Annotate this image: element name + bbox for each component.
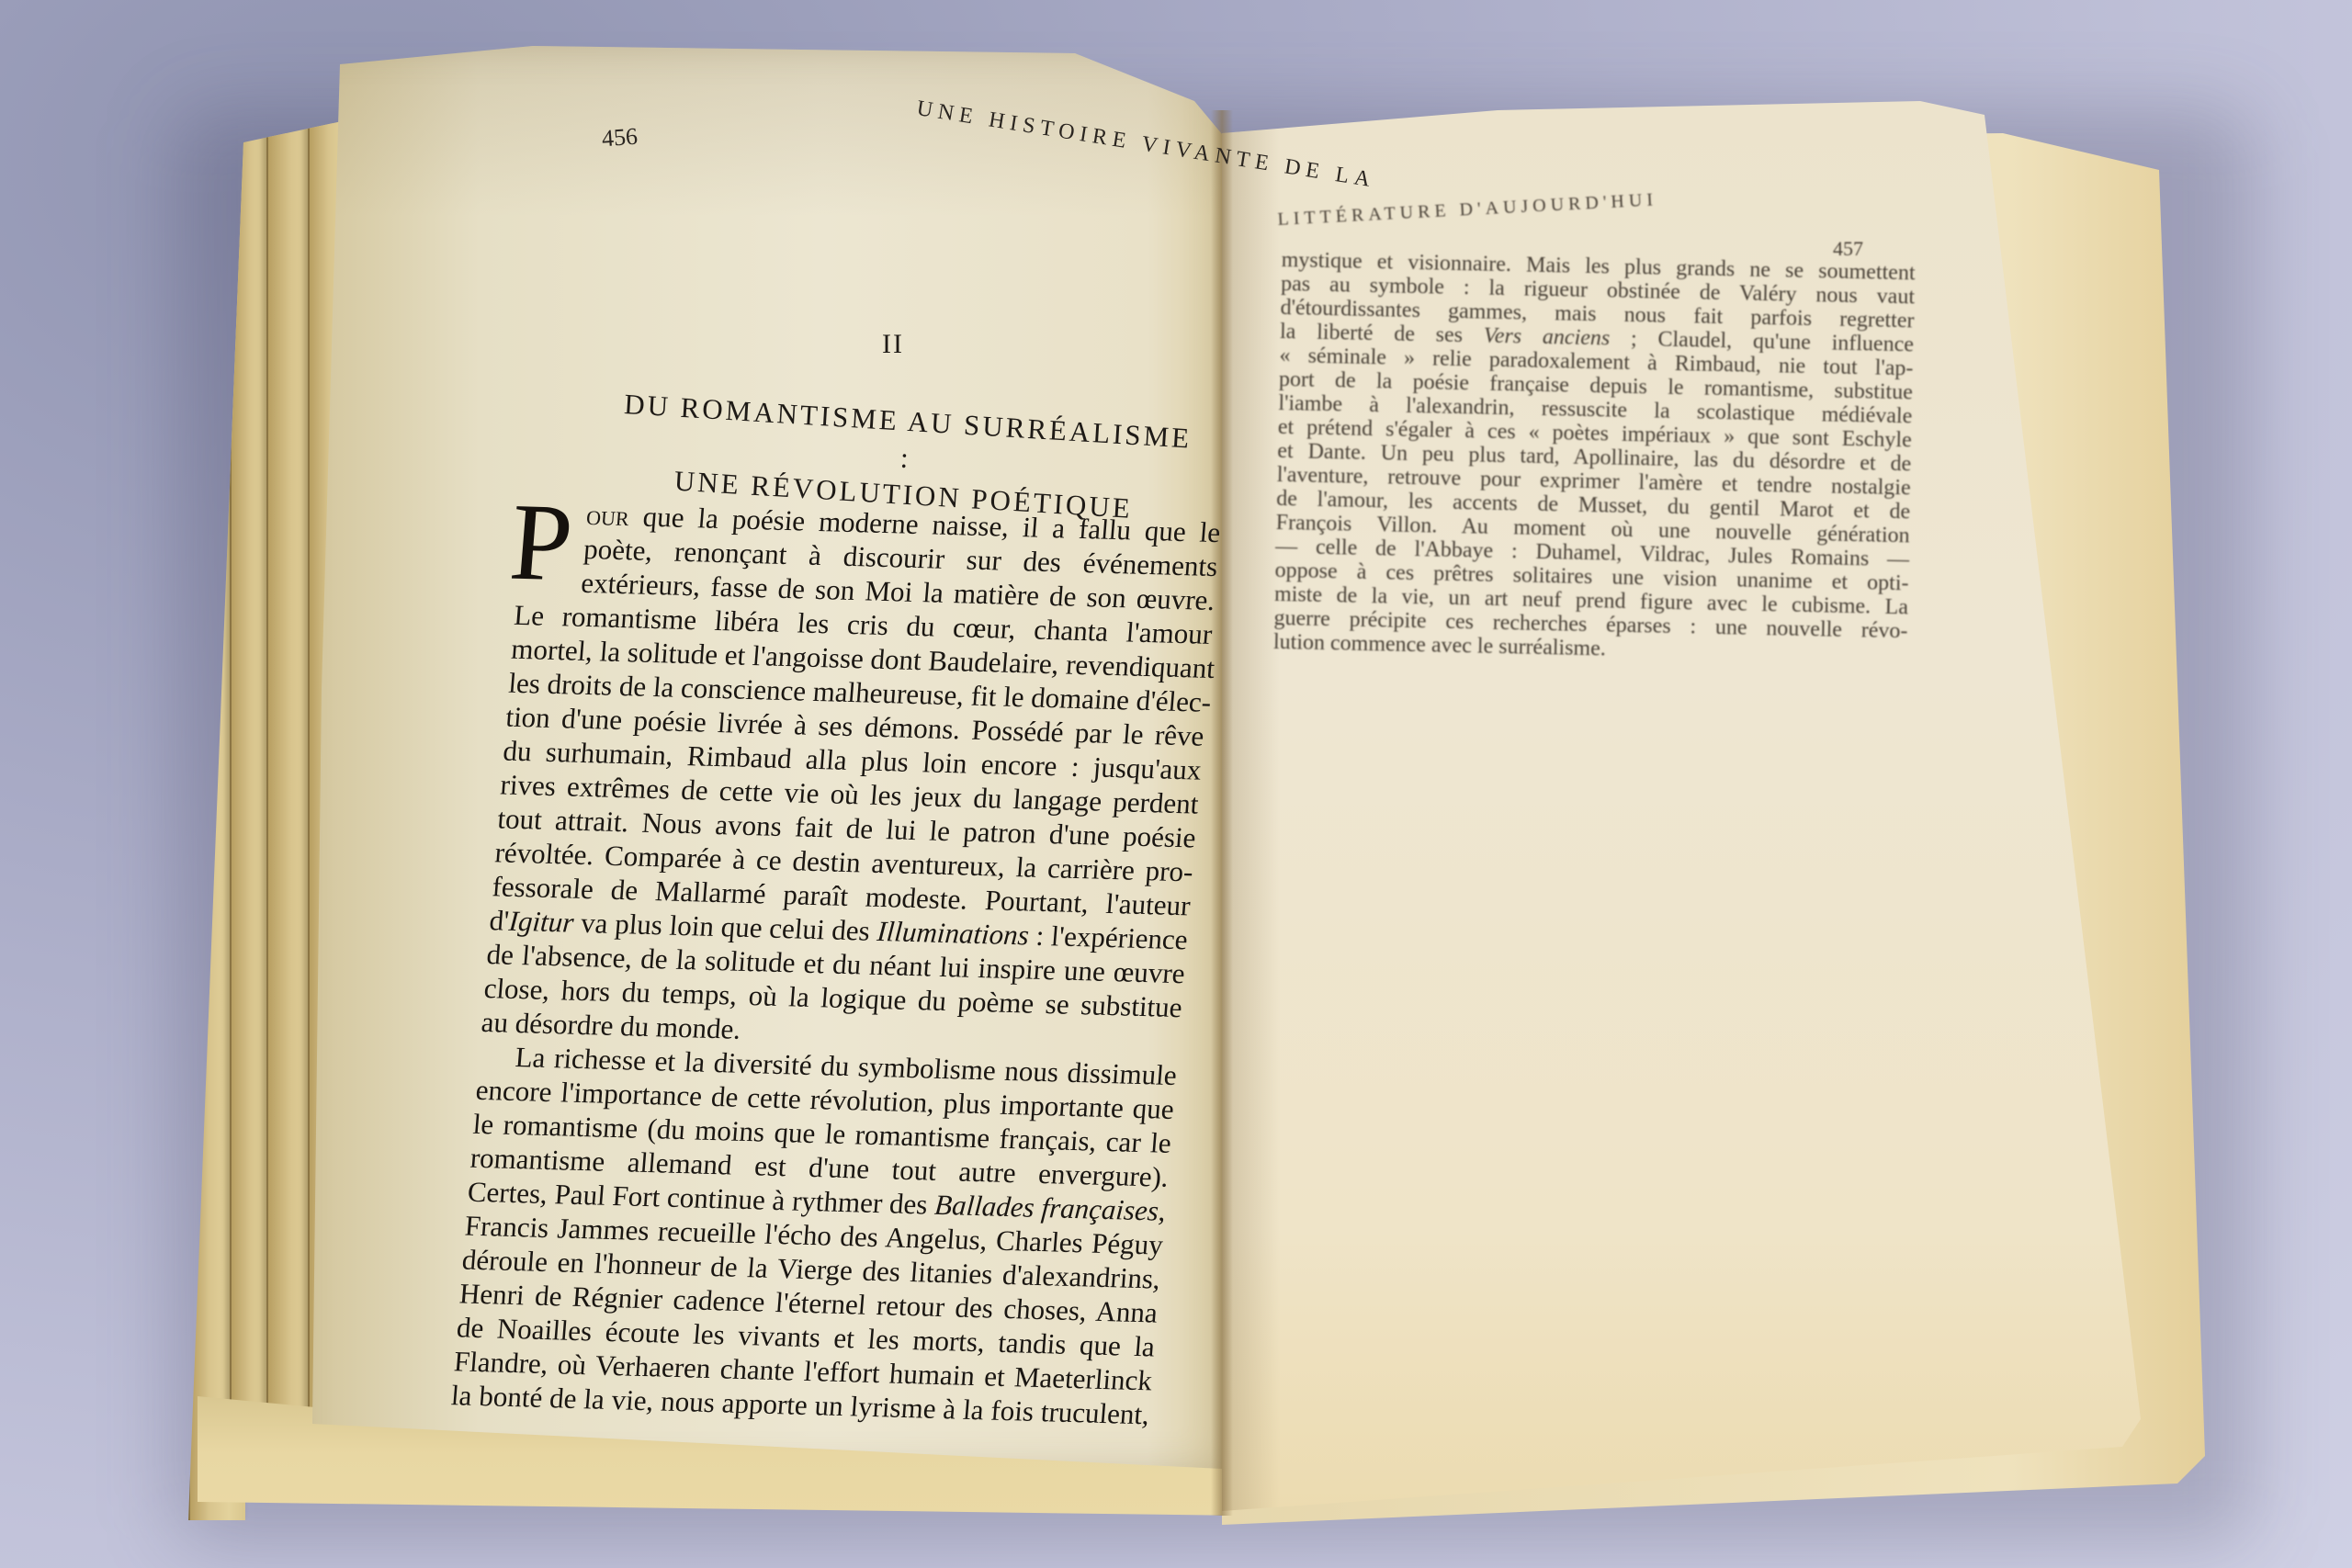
text-fragment: : l'expérience bbox=[1028, 919, 1189, 956]
text-fragment: d' bbox=[488, 904, 510, 937]
left-page-number: 456 bbox=[601, 123, 639, 153]
drop-cap: P bbox=[507, 496, 576, 590]
right-page-number: 457 bbox=[1833, 237, 1863, 261]
chapter-number: II bbox=[882, 329, 904, 360]
book-title-ballades: Ballades françaises bbox=[933, 1189, 1159, 1227]
smallcaps-word: our bbox=[585, 499, 630, 532]
right-page-body: mystique et visionnaire. Mais les plus g… bbox=[1273, 248, 1916, 667]
book-gutter bbox=[1211, 110, 1233, 1516]
book-title-vers-anciens: Vers anciens bbox=[1484, 324, 1611, 351]
book-title-igitur: Igitur bbox=[508, 905, 575, 939]
left-page-body: P our que la poésie moderne naisse, il a… bbox=[450, 496, 1222, 1431]
photo-scene: 456 UNE HISTOIRE VIVANTE DE LA II DU ROM… bbox=[0, 0, 2352, 1568]
book-title-illuminations: Illuminations bbox=[876, 915, 1030, 952]
